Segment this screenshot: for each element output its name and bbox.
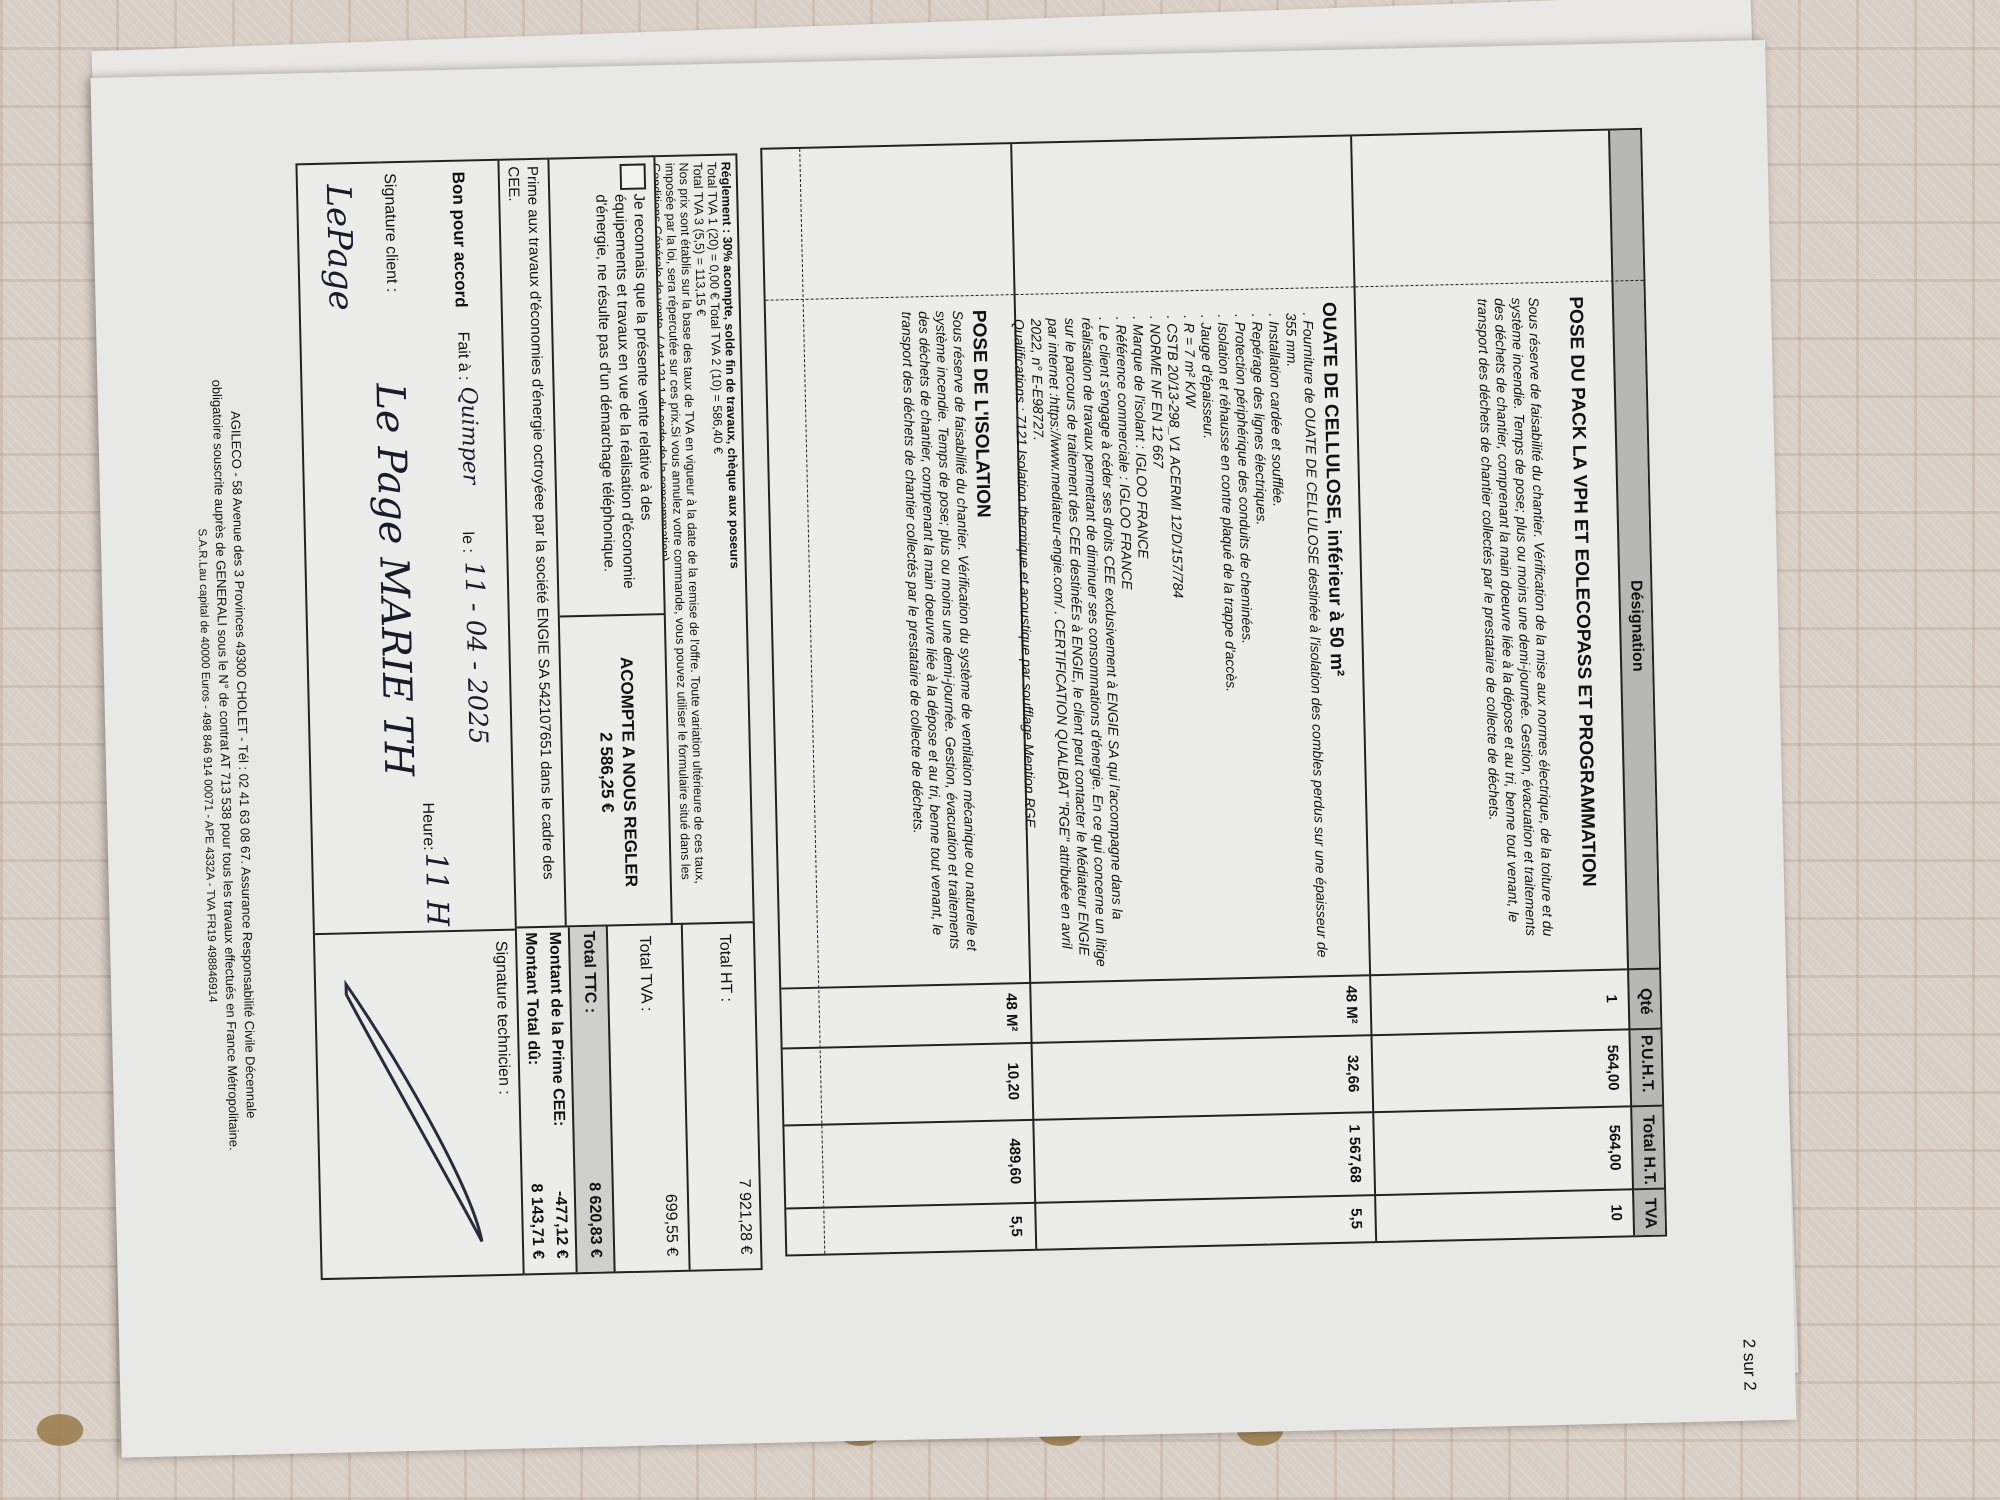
total-tva-label: Total TVA : — [635, 935, 655, 1011]
header-unit-price: P.U.H.T. — [1637, 1035, 1656, 1093]
page-number: 2 sur 2 — [1738, 1338, 1759, 1390]
total-ht-label: Total HT : — [715, 934, 735, 1003]
prime-cee-value: -477,12 € — [551, 1191, 571, 1259]
item-total-ht: 489,60 — [1005, 1121, 1024, 1201]
fait-a-value[interactable]: Quimper — [456, 386, 483, 484]
client-handwritten-name[interactable]: Le Page MARIE TH — [366, 383, 421, 777]
technician-signature-label: Signature technicien : — [491, 941, 512, 1095]
item-qty: 48 M² — [1342, 976, 1360, 1032]
item-description: Sous réserve de faisabilité du chantier.… — [898, 310, 981, 961]
signature-section: Bon pour accord Fait à : Quimper le : 11… — [295, 159, 524, 1280]
fait-a-label: Fait à : — [453, 331, 472, 380]
prime-cee-label: Montant de la Prime CEE: — [545, 932, 567, 1127]
deposit-amount: 2 586,25 € — [595, 616, 619, 928]
total-tva-value: 699,55 € — [661, 1194, 680, 1257]
item-title: POSE DU PACK LA VPH ET EOLECOPASS ET PRO… — [1565, 296, 1600, 916]
total-du-value: 8 143,71 € — [527, 1183, 547, 1259]
total-ht-value: 7 921,28 € — [735, 1179, 755, 1255]
item-unit-price: 10,20 — [1004, 1044, 1023, 1118]
header-total-ht: Total H.T. — [1638, 1115, 1658, 1185]
total-ttc-value: 8 620,83 € — [585, 1182, 605, 1258]
item-description: Sous réserve de faisabilité du chantier.… — [1474, 297, 1557, 948]
heure-label: Heure: — [418, 802, 437, 850]
client-signature[interactable]: LePage — [318, 184, 361, 311]
total-du-label: Montant Total dû: — [521, 932, 542, 1065]
deposit-label: ACOMPTE A NOUS REGLER — [617, 616, 641, 928]
item-tva: 10 — [1607, 1190, 1625, 1234]
item-total-ht: 1 567,68 — [1345, 1113, 1364, 1193]
date-label: le : — [458, 531, 476, 553]
item-unit-price: 32,66 — [1344, 1036, 1363, 1110]
totals-box: Total HT : 7 921,28 € Total TVA : 699,55… — [511, 921, 763, 1275]
item-unit-price: 564,00 — [1603, 1031, 1622, 1105]
total-ttc-label: Total TTC : — [579, 931, 599, 1014]
acknowledgement-text: Je reconnais que la présente vente relat… — [591, 193, 657, 594]
item-qty: 1 — [1602, 971, 1620, 1027]
header-designation: Désignation — [1626, 580, 1646, 672]
deposit-box: ACOMPTE A NOUS REGLER 2 586,25 € — [554, 613, 673, 931]
item-total-ht: 564,00 — [1605, 1108, 1624, 1188]
item-tva: 5,5 — [1347, 1196, 1365, 1240]
heure-value[interactable]: 11 H — [418, 852, 455, 927]
header-qty: Qté — [1635, 988, 1654, 1015]
line-items-table: Désignation Qté P.U.H.T. Total H.T. TVA … — [760, 128, 1667, 1257]
header-tva: TVA — [1640, 1198, 1659, 1229]
quote-page: 2 sur 2 Désignation Qté P.U.H.T. Total H… — [90, 40, 1796, 1458]
item-lines: . Fourniture de OUATE DE CELLULOSE desti… — [1010, 312, 1331, 969]
technician-signature[interactable] — [326, 961, 493, 1265]
item-detail-line: . Le client s'engage à céder ses droits … — [1027, 317, 1127, 969]
client-signature-label: Signature client : — [380, 173, 401, 293]
item-qty: 48 M² — [1002, 984, 1020, 1040]
bon-pour-accord: Bon pour accord — [448, 171, 471, 307]
acknowledgement-checkbox[interactable] — [620, 163, 647, 190]
acknowledgement-box: Je reconnais que la présente vente relat… — [543, 155, 665, 621]
item-tva: 5,5 — [1007, 1204, 1025, 1248]
date-value[interactable]: 11 - 04 - 2025 — [459, 561, 493, 745]
